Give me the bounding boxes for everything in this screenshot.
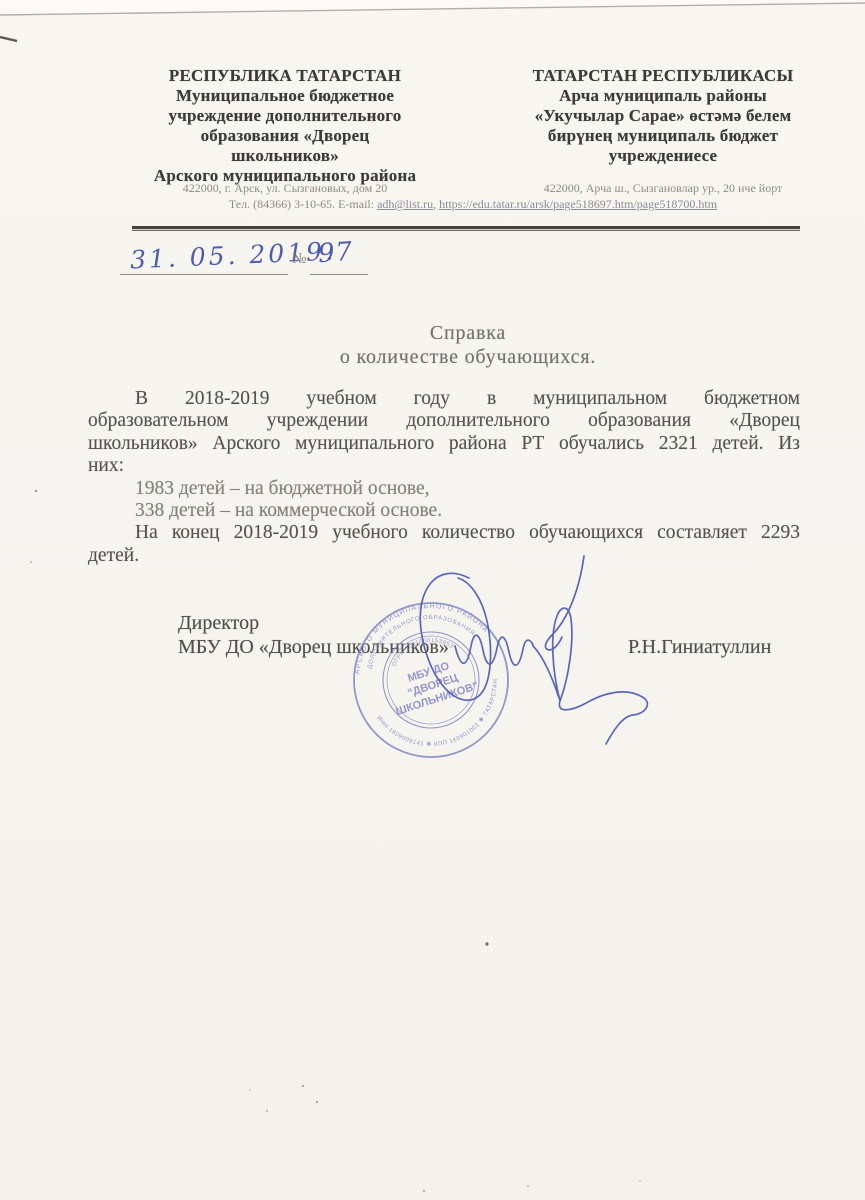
date-underline (120, 274, 288, 275)
body-paragraph: В 2018-2019 учебном году в муниципальном… (88, 388, 800, 567)
org-name-ru-line: РЕСПУБЛИКА ТАТАРСТАН (145, 66, 425, 86)
number-sign: № (292, 251, 306, 268)
letterhead-separator-rule (132, 226, 800, 232)
letterhead-left-block: РЕСПУБЛИКА ТАТАРСТАН Муниципальное бюдже… (145, 66, 425, 186)
org-name-tat-line: учреждениесе (510, 146, 816, 166)
org-name-tat-line: бирүнең муниципаль бюджет (510, 126, 816, 146)
email-link[interactable]: adh@list.ru (377, 197, 433, 211)
body-line: детей. (88, 545, 800, 567)
scan-top-edge-artifact (0, 0, 865, 60)
phone-email-label: Тел. (84366) 3-10-65. E-mail: (229, 197, 377, 211)
number-underline (310, 274, 368, 275)
scanned-document-page: РЕСПУБЛИКА ТАТАРСТАН Муниципальное бюдже… (0, 0, 865, 1200)
website-link[interactable]: https://edu.tatar.ru/arsk/page518697.htm… (439, 197, 717, 211)
doc-title-line2: о количестве обучающихся. (118, 346, 818, 369)
contact-line: Тел. (84366) 3-10-65. E-mail: adh@list.r… (180, 197, 766, 212)
body-line: образовательном учреждении дополнительно… (88, 410, 800, 432)
body-line: На конец 2018-2019 учебного количество о… (88, 522, 800, 544)
org-name-tat-line: ТАТАРСТАН РЕСПУБЛИКАСЫ (510, 66, 816, 86)
body-line: В 2018-2019 учебном году в муниципальном… (88, 388, 800, 410)
signature-name: Р.Н.Гиниатуллин (628, 636, 771, 659)
org-name-ru-line: учреждение дополнительного (145, 106, 425, 126)
address-left: 422000, г. Арск, ул. Сызгановых, дом 20 (145, 181, 425, 196)
address-right: 422000, Арча ш., Сызгановлар ур., 20 нче… (510, 181, 816, 196)
letterhead-right-block: ТАТАРСТАН РЕСПУБЛИКАСЫ Арча муниципаль р… (510, 66, 816, 166)
org-name-ru-line: образования «Дворец школьников» (145, 126, 425, 166)
org-name-ru-line: Муниципальное бюджетное (145, 86, 425, 106)
body-line: них: (88, 455, 800, 477)
body-line: 1983 детей – на бюджетной основе, (88, 478, 800, 500)
official-stamp: АРСКОГО МУНИЦИПАЛЬНОГО РАЙОНА ДОПОЛНИТЕЛ… (324, 573, 538, 787)
org-name-tat-line: Арча муниципаль районы (510, 86, 816, 106)
body-line: школьников» Арского муниципального район… (88, 433, 800, 455)
body-line: 338 детей – на коммерческой основе. (88, 500, 800, 522)
org-name-tat-line: «Укучылар Сарае» өстәмә белем (510, 106, 816, 126)
signature-role: Директор (178, 612, 259, 635)
doc-title-line1: Справка (118, 322, 818, 345)
handwritten-number: 97 (317, 237, 354, 269)
scan-specks (30, 490, 641, 1192)
